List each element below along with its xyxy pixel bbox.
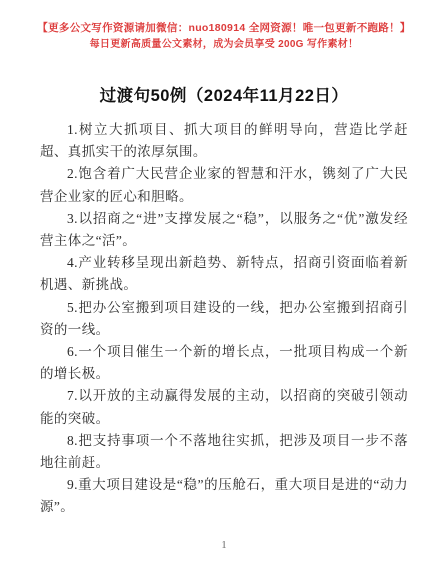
document-title: 过渡句50例（2024年11月22日） [0, 85, 448, 108]
document-body: 1.树立大抓项目、抓大项目的鲜明导向，营造比学赶超、真抓实干的浓厚氛围。 2.饱… [40, 119, 408, 519]
promo-header: 【更多公文写作资源请加微信：nuo180914 全网资源！唯一包更新不跑路！】 … [0, 0, 448, 52]
page-footer: 1 [0, 539, 448, 552]
promo-line-1: 【更多公文写作资源请加微信：nuo180914 全网资源！唯一包更新不跑路！】 [0, 21, 448, 36]
sentence-item-2: 2.饱含着广大民营企业家的智慧和汗水，镌刻了广大民营企业家的匠心和胆略。 [40, 163, 408, 207]
sentence-item-8: 8.把支持事项一个不落地往实抓，把涉及项目一步不落地往前赶。 [40, 430, 408, 474]
sentence-item-4: 4.产业转移呈现出新趋势、新特点，招商引资面临着新机遇、新挑战。 [40, 252, 408, 296]
page-number: 1 [221, 540, 226, 551]
sentence-item-3: 3.以招商之“进”支撑发展之“稳”，以服务之“优”激发经营主体之“活”。 [40, 208, 408, 252]
sentence-item-9: 9.重大项目建设是“稳”的压舱石，重大项目是进的“动力源”。 [40, 474, 408, 518]
sentence-item-1: 1.树立大抓项目、抓大项目的鲜明导向，营造比学赶超、真抓实干的浓厚氛围。 [40, 119, 408, 163]
sentence-item-7: 7.以开放的主动赢得发展的主动，以招商的突破引领动能的突破。 [40, 385, 408, 429]
sentence-item-6: 6.一个项目催生一个新的增长点，一批项目构成一个新的增长极。 [40, 341, 408, 385]
promo-line-2: 每日更新高质量公文素材，成为会员享受 200G 写作素材！ [0, 38, 448, 52]
document-page: 【更多公文写作资源请加微信：nuo180914 全网资源！唯一包更新不跑路！】 … [0, 0, 448, 580]
sentence-item-5: 5.把办公室搬到项目建设的一线，把办公室搬到招商引资的一线。 [40, 297, 408, 341]
